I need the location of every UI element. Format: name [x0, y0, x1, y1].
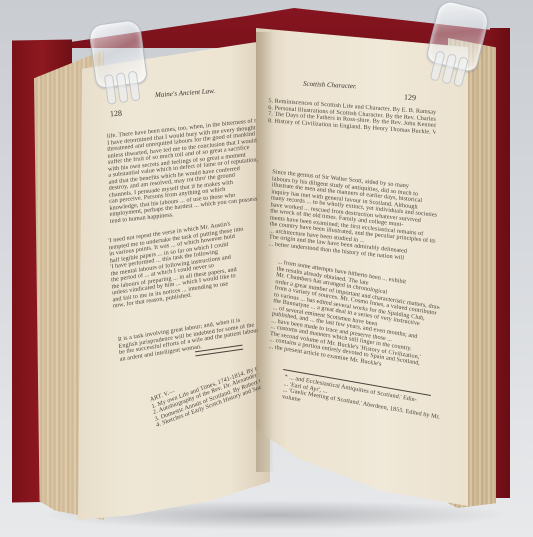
right-page-number: 129 [404, 94, 416, 103]
page-clip-left [88, 19, 148, 90]
left-page-number: 128 [110, 110, 123, 119]
left-paragraph-1: life. There have been times, too, when, … [107, 118, 259, 225]
